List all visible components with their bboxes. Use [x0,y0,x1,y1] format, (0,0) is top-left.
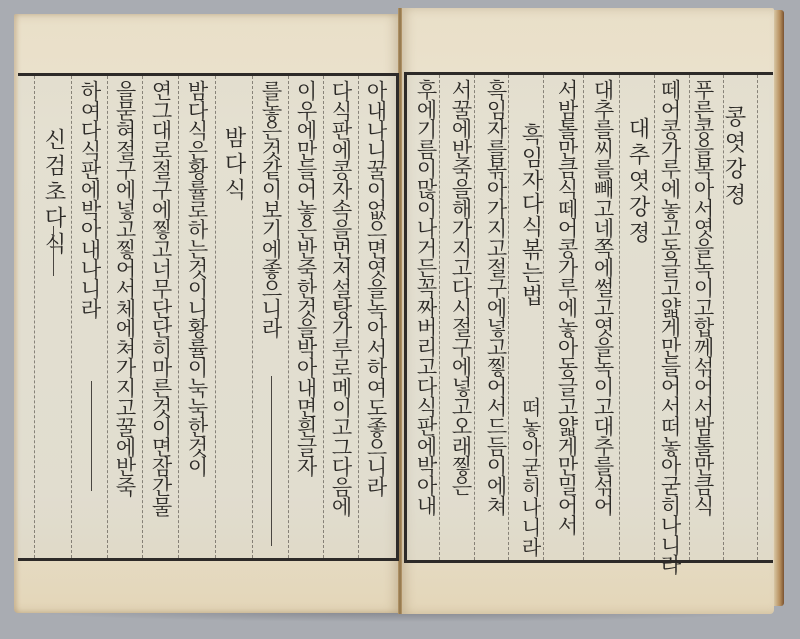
column-end-stroke [53,226,54,276]
text-column: 아내나니꿀이없으면엿을녹아서하여도좋으니라 [361,80,391,496]
recipe-title-kong-yeot-gangjeong: 콩엿강졍 [718,105,748,209]
column-rule [107,76,108,558]
text-column: 후에기름이많이나거든꼭짜버리고다식판에박아내 [411,79,441,515]
column-rule [178,76,179,558]
right-page-text-frame: 콩엿강졍 푸른콩을복아서엿을녹이고합께섞어서밤톨만큼식 떼어콩가루에놓고동글고얇… [404,72,773,563]
column-rule [583,75,584,560]
recipe-title-daechu-yeot-gangjeong: 대추엿강졍 [622,117,652,247]
text-column: 대추를씨를빼고네쪽에썰고엿을녹이고대추를섞어 [588,79,618,515]
page-edges [774,10,784,606]
column-rule [34,76,35,558]
text-column-continuation: 떠놓아굳히나니라 [515,397,545,557]
left-page-text-frame: 아내나니꿀이없으면엿을녹아서하여도좋으니라 다식판에콩자속을먼저설탕가루로메이고… [18,73,399,561]
text-column: 밤다식은황률로하는것이니황률이눅눅한것이 [182,80,212,476]
text-column: 서밤톨만큼식떼어콩가루에놓아동글고얇게만밀어서 [552,79,582,534]
text-column: 이우에만들어놓은반죽한것을박아내면흰글자 [291,80,321,476]
text-column: 푸른콩을복아서엿을녹이고합께섞어서밤톨만큼식 [688,79,718,515]
column-rule [71,76,72,558]
column-rule [619,75,620,560]
text-column: 하여다식판에박아내나니라 [75,80,105,318]
recipe-title-heugimja-dasik: 흑임자다식볶는법 [515,123,545,307]
column-end-stroke [91,381,92,491]
column-end-stroke [271,376,272,546]
recipe-title-bam-dasik: 밤다식 [218,126,248,204]
column-rule [323,76,324,558]
column-rule [757,75,758,560]
text-column: 떼어콩가루에놓고동글고얇게만들어서떠놓아굳히나니라 [655,79,685,574]
column-rule [288,76,289,558]
text-column: 서꿀에반죽을해가지고다시절구에넣고오래찧은 [446,79,476,495]
text-column: 다식판에콩자속을먼저설탕가루로메이고그다음에 [326,80,356,516]
column-rule [142,76,143,558]
column-rule [252,76,253,558]
column-rule [215,76,216,558]
column-rule [358,76,359,558]
text-column: 을묻혀절구에넣고찧어서체에쳐가지고꿀에반죽 [110,80,140,496]
text-column: 를놓은것같이보기에좋으니라 [256,80,286,337]
text-column: 흑임자를볶아가지고절구에넣고찧어서드듬이에쳐 [481,79,511,515]
text-column: 연그대로절구에찧고너무단단히마른것이면잠간물 [146,80,176,516]
